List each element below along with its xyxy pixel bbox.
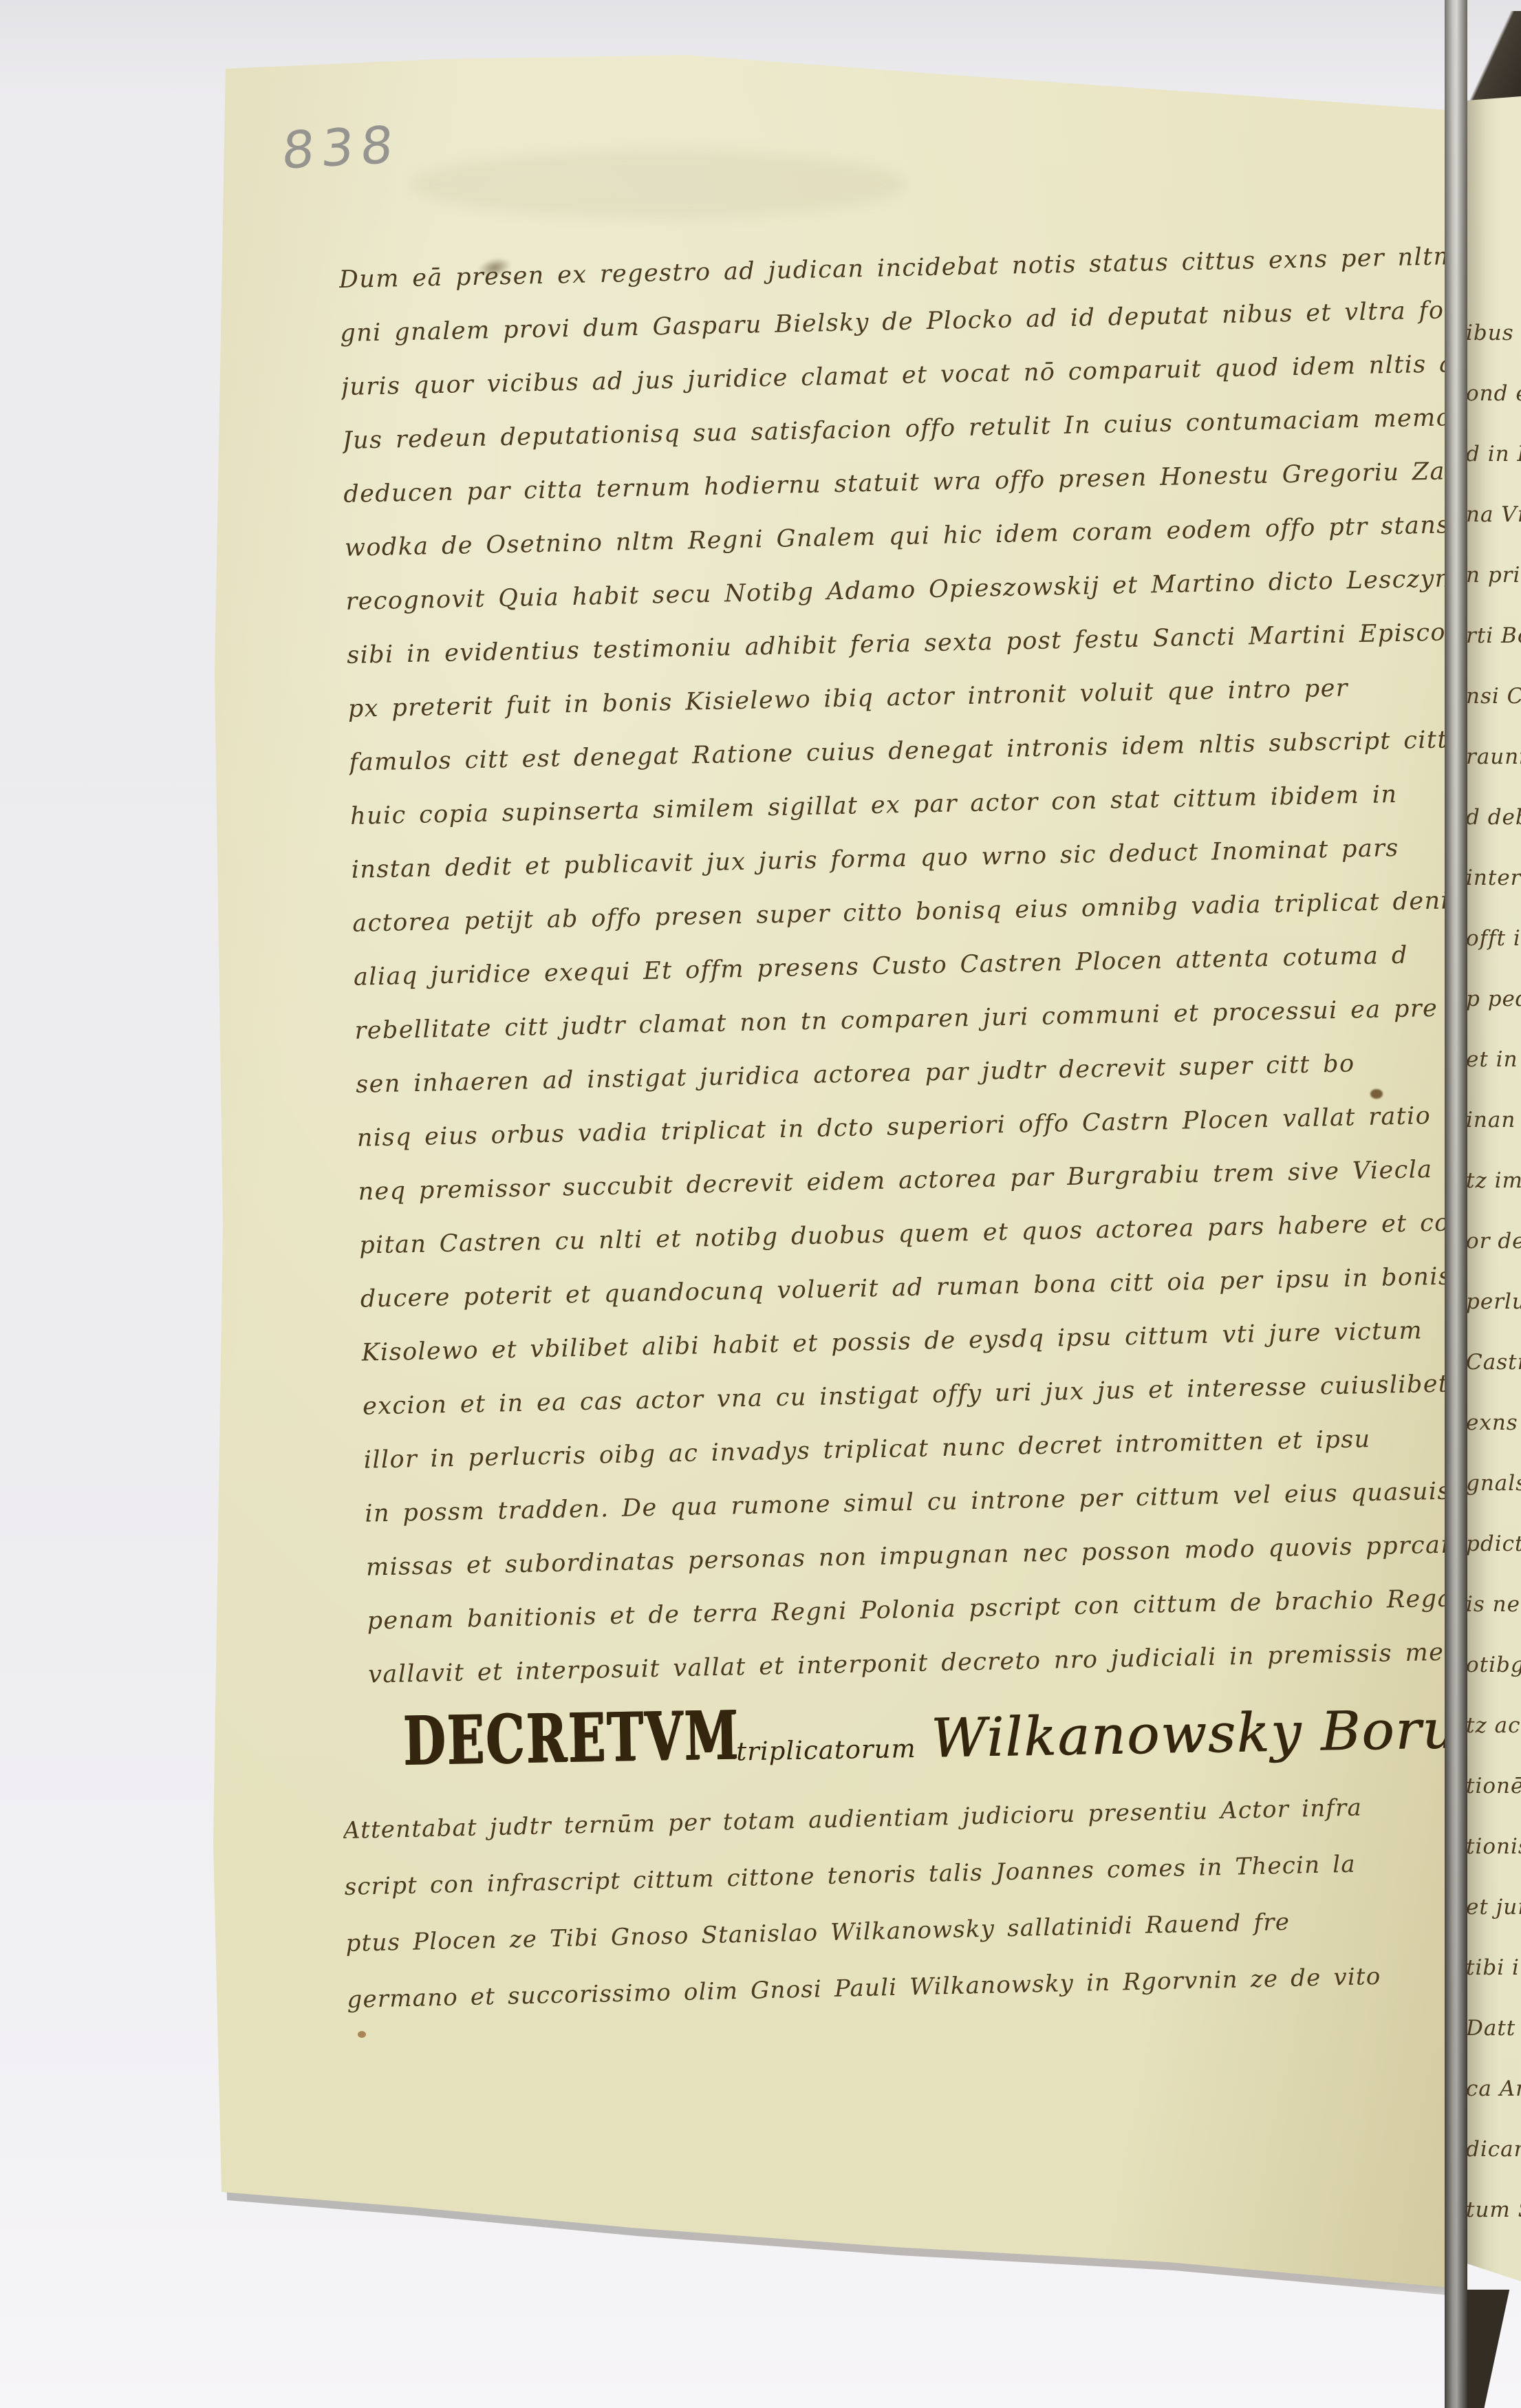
adjacent-page-text-fragment: rti Bor	[1467, 605, 1521, 666]
adjacent-page-text-fragment: or deci	[1467, 1211, 1521, 1271]
cover-wedge-bottom	[1467, 2290, 1517, 2408]
adjacent-page-text-fragment: otibg d	[1467, 1635, 1521, 1695]
ink-blot	[1370, 1089, 1383, 1099]
scanned-manuscript-background: 838 Dum eā presen ex regestro ad judican…	[0, 0, 1521, 2408]
adjacent-page-text-fragment: na Vng	[1467, 484, 1521, 545]
adjacent-page-text-fragment: Castro	[1467, 1332, 1521, 1393]
adjacent-page-text-fragment: tz actori	[1467, 1695, 1521, 1756]
adjacent-page-text-fragment: tionē	[1467, 1756, 1521, 1816]
decree-heading: DECRETVM triplicatorum Wilkanowsky Boruk…	[402, 1693, 1456, 1780]
decree-heading-qualifier: triplicatorum	[736, 1734, 916, 1767]
adjacent-page-text-fragment: tum Se	[1467, 2180, 1521, 2240]
adjacent-page-text-fragment: ond ex	[1467, 363, 1521, 424]
adjacent-page-text-fragment: tibi in	[1467, 1937, 1521, 1998]
cover-shadow-top	[1467, 11, 1521, 107]
binding-clamp-strip	[1445, 0, 1467, 2408]
adjacent-page-text-fragment: nsi Cas	[1467, 666, 1521, 727]
decree-heading-names: Wilkanowsky Borukowsky	[931, 1695, 1521, 1770]
adjacent-page-text-fragment: perlu	[1467, 1271, 1521, 1332]
adjacent-page-text-fragment: p pedi	[1467, 969, 1521, 1029]
adjacent-page-text-fragment: ibus e	[1467, 303, 1521, 363]
adjacent-page-text-fragment: n prius	[1467, 545, 1521, 605]
adjacent-page-text-fragment: is nec n	[1467, 1574, 1521, 1635]
adjacent-page-text-fragment: et in o	[1467, 1029, 1521, 1090]
adjacent-page-text-fragment: tionis c	[1467, 1816, 1521, 1877]
adjacent-page-text-fragment: gnalsi	[1467, 1453, 1521, 1514]
adjacent-page-edge: ibus e ond ex d in Ep na Vng n prius rti…	[1467, 96, 1521, 2294]
adjacent-page-text-fragment: ca An	[1467, 2058, 1521, 2119]
adjacent-page-text-fragment: raunic	[1467, 727, 1521, 787]
manuscript-text-block: Dum eā presen ex regestro ad judican inc…	[338, 230, 1479, 1718]
manuscript-page: 838 Dum eā presen ex regestro ad judican…	[205, 55, 1452, 2291]
adjacent-page-text-fragment: pdictu	[1467, 1514, 1521, 1574]
adjacent-page-text-fragment: tz impr	[1467, 1150, 1521, 1211]
paper-speck	[358, 2031, 366, 2038]
adjacent-page-text-fragment: d in Ep	[1467, 424, 1521, 484]
adjacent-page-text-fragment: dicand	[1467, 2119, 1521, 2180]
decree-heading-word: DECRETVM	[402, 1696, 740, 1780]
adjacent-page-text-fragment: et jur	[1467, 1877, 1521, 1937]
adjacent-page-text-fragment: Datt n	[1467, 1998, 1521, 2058]
page-number: 838	[280, 115, 402, 180]
ink-show-through-stain	[411, 151, 907, 217]
adjacent-page-text-fragment: exns off	[1467, 1393, 1521, 1453]
adjacent-page-text-fragment: inan in	[1467, 1090, 1521, 1150]
adjacent-page-text-fragment: d deb	[1467, 787, 1521, 848]
adjacent-page-text-fragment: offt in p	[1467, 908, 1521, 969]
adjacent-page-text-fragment: interp	[1467, 848, 1521, 908]
decree-text-block: Attentabat judtr ternūm per totam audien…	[343, 1777, 1455, 2028]
